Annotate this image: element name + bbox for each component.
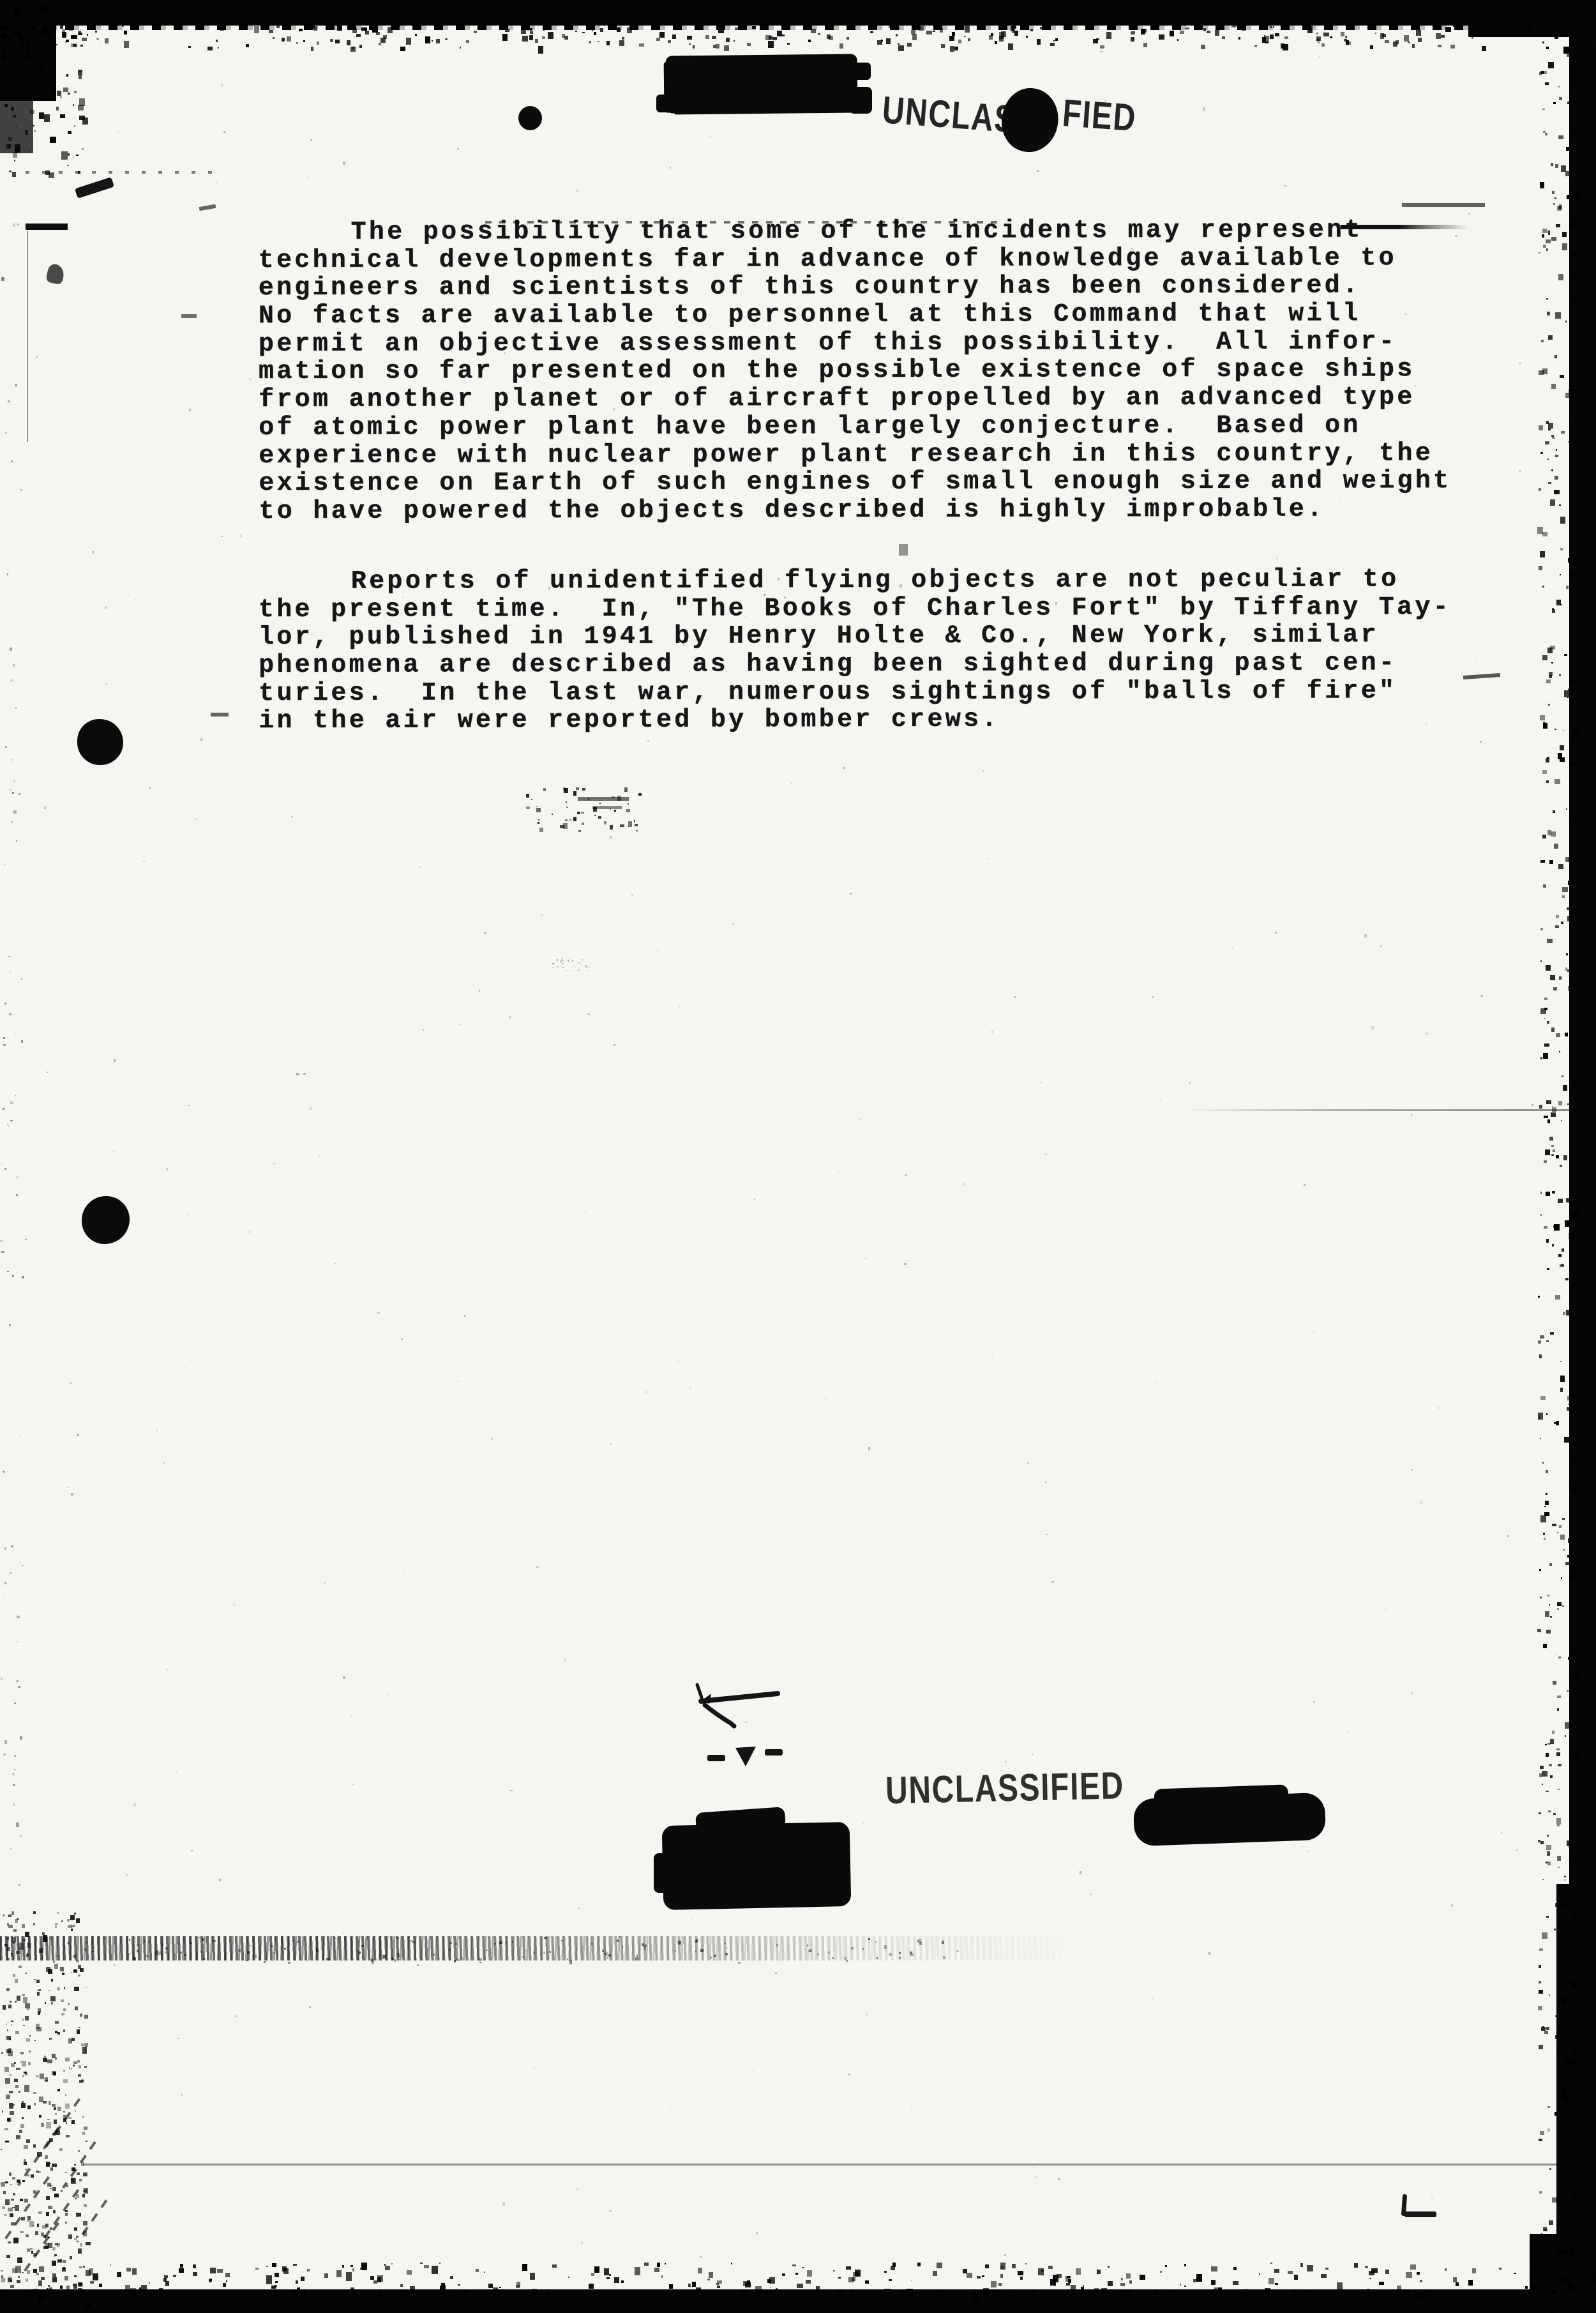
noise-speck — [1539, 1569, 1542, 1571]
noise-speck — [527, 28, 529, 31]
noise-speck — [724, 1943, 726, 1944]
noise-speck — [1572, 2051, 1577, 2058]
noise-speck — [1539, 1773, 1542, 1777]
noise-speck — [977, 2276, 981, 2279]
noise-speck — [221, 84, 223, 86]
noise-speck — [1550, 2310, 1556, 2313]
noise-speck — [55, 2031, 58, 2033]
noise-speck — [1560, 1361, 1562, 1363]
noise-speck — [1556, 2263, 1558, 2264]
noise-speck — [1539, 72, 1542, 75]
noise-speck — [1558, 1254, 1562, 1257]
noise-speck — [843, 767, 845, 769]
noise-speck — [2, 2111, 3, 2112]
noise-speck — [1566, 953, 1568, 955]
noise-speck — [20, 1736, 22, 1740]
noise-speck — [1416, 30, 1421, 36]
noise-speck — [941, 44, 945, 49]
noise-speck — [893, 535, 894, 535]
noise-speck — [65, 2094, 66, 2096]
noise-speck — [1554, 1929, 1556, 1931]
noise-speck — [770, 2287, 771, 2288]
noise-speck — [190, 1942, 192, 1945]
noise-speck — [361, 2263, 367, 2270]
noise-speck — [55, 2113, 57, 2115]
noise-speck — [1566, 808, 1567, 810]
noise-speck — [1563, 47, 1569, 54]
noise-speck — [592, 29, 593, 31]
noise-speck — [40, 71, 42, 73]
noise-speck — [37, 1992, 40, 1996]
noise-speck — [7, 15, 9, 18]
noise-speck — [126, 1874, 128, 1876]
noise-speck — [693, 45, 695, 49]
noise-speck — [282, 2266, 286, 2271]
noise-speck — [12, 2268, 17, 2273]
noise-speck — [1472, 2268, 1476, 2273]
noise-speck — [614, 2277, 619, 2284]
noise-speck — [223, 132, 226, 133]
noise-speck — [1273, 26, 1274, 28]
noise-speck — [622, 37, 624, 40]
noise-speck — [1154, 1382, 1156, 1383]
noise-speck — [738, 1962, 741, 1964]
noise-speck — [1556, 1155, 1559, 1159]
noise-speck — [67, 1487, 68, 1489]
noise-speck — [1012, 29, 1015, 34]
noise-speck — [1543, 1644, 1547, 1648]
noise-speck — [1259, 2273, 1261, 2275]
noise-speck — [20, 800, 20, 800]
noise-speck — [1081, 2287, 1085, 2291]
noise-speck — [57, 2243, 60, 2247]
noise-speck — [1567, 102, 1570, 105]
noise-speck — [420, 2263, 423, 2264]
noise-speck — [8, 36, 11, 39]
noise-speck — [1519, 470, 1521, 473]
noise-speck — [1548, 482, 1551, 484]
noise-speck — [557, 959, 558, 961]
noise-speck — [538, 819, 539, 821]
noise-speck — [46, 1940, 47, 1942]
noise-speck — [1540, 2131, 1544, 2135]
noise-speck — [1573, 1862, 1576, 1865]
noise-speck — [54, 2120, 57, 2124]
noise-speck — [10, 1568, 11, 1568]
noise-speck — [983, 2288, 989, 2294]
noise-speck — [792, 2264, 796, 2267]
noise-speck — [1169, 2291, 1172, 2294]
noise-speck — [1165, 2265, 1167, 2267]
noise-speck — [26, 33, 27, 34]
noise-speck — [1546, 1239, 1549, 1242]
noise-speck — [22, 1947, 24, 1948]
noise-speck — [1552, 1524, 1556, 1527]
noise-speck — [52, 2277, 57, 2282]
noise-speck — [22, 1162, 23, 1164]
noise-speck — [607, 1957, 609, 1959]
noise-speck — [39, 78, 41, 80]
noise-speck — [79, 2065, 81, 2068]
noise-speck — [1552, 2197, 1557, 2203]
noise-speck — [343, 162, 345, 165]
noise-speck — [1571, 641, 1572, 642]
noise-speck — [46, 95, 48, 96]
noise-speck — [180, 2264, 183, 2268]
noise-speck — [6, 27, 8, 30]
noise-speck — [1551, 1145, 1553, 1148]
noise-speck — [83, 2190, 87, 2192]
noise-speck — [713, 45, 716, 48]
noise-speck — [859, 1118, 862, 1120]
noise-speck — [419, 866, 421, 868]
noise-speck — [13, 152, 17, 158]
noise-speck — [536, 808, 541, 813]
noise-speck — [1553, 1813, 1556, 1816]
noise-speck — [51, 1979, 53, 1982]
noise-speck — [696, 2287, 701, 2291]
noise-speck — [77, 2216, 79, 2218]
noise-speck — [53, 5, 55, 6]
noise-speck — [1313, 1331, 1315, 1333]
noise-speck — [46, 2196, 50, 2200]
noise-speck — [309, 2006, 311, 2007]
noise-speck — [60, 114, 64, 118]
noise-speck — [1557, 1824, 1560, 1826]
noise-speck — [49, 2138, 53, 2142]
noise-speck — [986, 858, 988, 859]
noise-speck — [1567, 1555, 1570, 1558]
noise-speck — [335, 40, 340, 43]
noise-speck — [291, 816, 293, 818]
noise-speck — [898, 43, 900, 45]
noise-speck — [460, 1024, 461, 1026]
noise-speck — [1404, 2289, 1409, 2294]
noise-speck — [398, 1956, 400, 1957]
noise-speck — [57, 2107, 61, 2112]
noise-speck — [365, 31, 369, 34]
noise-speck — [350, 2287, 354, 2293]
noise-speck — [600, 28, 603, 32]
noise-speck — [82, 148, 84, 150]
noise-speck — [1097, 2270, 1101, 2274]
noise-speck — [919, 26, 924, 31]
noise-speck — [8, 956, 11, 957]
noise-speck — [1554, 844, 1558, 849]
noise-speck — [42, 26, 48, 33]
noise-speck — [1567, 1407, 1570, 1411]
noise-speck — [92, 1951, 94, 1952]
noise-speck — [1316, 33, 1319, 34]
noise-speck — [83, 2266, 85, 2268]
noise-speck — [1555, 455, 1558, 457]
noise-speck — [15, 1979, 19, 1983]
noise-speck — [1566, 1198, 1570, 1202]
noise-speck — [1574, 2092, 1578, 2098]
noise-speck — [19, 2302, 22, 2305]
noise-speck — [1548, 704, 1550, 706]
noise-speck — [1559, 976, 1562, 980]
noise-speck — [1519, 363, 1521, 365]
noise-speck — [84, 2015, 89, 2019]
noise-speck — [40, 2074, 44, 2079]
noise-speck — [33, 2092, 36, 2094]
noise-speck — [1555, 197, 1556, 199]
noise-speck — [912, 34, 917, 40]
noise-speck — [28, 2062, 31, 2065]
noise-speck — [1553, 203, 1555, 205]
noise-speck — [1556, 915, 1559, 918]
noise-speck — [1546, 965, 1551, 971]
noise-speck — [3, 1754, 6, 1756]
noise-speck — [293, 2264, 297, 2266]
noise-speck — [450, 1942, 452, 1944]
noise-speck — [1450, 45, 1454, 49]
noise-speck — [11, 1937, 16, 1943]
noise-speck — [20, 1288, 22, 1289]
noise-speck — [448, 2289, 453, 2293]
noise-speck — [1313, 1701, 1314, 1703]
noise-speck — [25, 130, 28, 135]
noise-speck — [1288, 2271, 1293, 2274]
noise-speck — [15, 708, 17, 708]
noise-speck — [1574, 1752, 1579, 1758]
noise-speck — [1552, 1107, 1556, 1112]
noise-speck — [27, 1943, 31, 1948]
noise-speck — [531, 1404, 531, 1406]
noise-speck — [66, 74, 68, 76]
noise-speck — [33, 1923, 35, 1925]
noise-speck — [1012, 2290, 1014, 2292]
noise-speck — [1551, 1028, 1555, 1033]
noise-speck — [602, 1950, 605, 1952]
noise-speck — [657, 950, 658, 951]
noise-speck — [92, 1947, 94, 1948]
noise-speck — [1574, 2151, 1576, 2153]
noise-speck — [695, 1951, 696, 1952]
noise-speck — [816, 2286, 820, 2290]
noise-speck — [133, 1803, 135, 1806]
noise-speck — [1551, 384, 1556, 390]
noise-speck — [889, 26, 892, 28]
noise-speck — [850, 2291, 855, 2296]
noise-speck — [65, 2172, 67, 2173]
noise-speck — [255, 1955, 257, 1958]
noise-speck — [2, 49, 5, 53]
noise-speck — [0, 1240, 3, 1242]
noise-speck — [76, 1960, 79, 1962]
noise-speck — [506, 1942, 507, 1943]
noise-speck — [1535, 398, 1536, 398]
noise-speck — [910, 1952, 912, 1954]
noise-speck — [509, 1016, 511, 1019]
noise-speck — [521, 29, 527, 34]
noise-speck — [1548, 428, 1551, 430]
noise-speck — [4, 1003, 6, 1005]
noise-speck — [1045, 1482, 1046, 1483]
noise-speck — [48, 2243, 52, 2248]
noise-speck — [741, 2017, 742, 2018]
noise-speck — [195, 818, 197, 820]
noise-speck — [896, 34, 898, 36]
noise-speck — [610, 1443, 612, 1445]
noise-speck — [582, 788, 585, 791]
noise-speck — [1506, 556, 1507, 557]
noise-speck — [1570, 471, 1572, 473]
noise-speck — [1561, 431, 1565, 434]
noise-speck — [254, 26, 259, 33]
noise-speck — [741, 2293, 746, 2298]
noise-speck — [1543, 1533, 1546, 1535]
noise-speck — [1560, 1903, 1566, 1907]
noise-speck — [1548, 233, 1550, 235]
noise-speck — [1138, 462, 1139, 463]
noise-speck — [143, 861, 145, 863]
noise-speck — [4, 2214, 7, 2217]
noise-speck — [619, 40, 624, 46]
noise-speck — [87, 34, 89, 35]
noise-speck — [1, 2149, 2, 2150]
noise-speck — [41, 2277, 45, 2280]
noise-speck — [644, 1945, 647, 1948]
noise-speck — [8, 2277, 12, 2282]
noise-speck — [1538, 1296, 1540, 1298]
noise-speck — [1, 2278, 5, 2282]
noise-speck — [832, 1957, 834, 1959]
noise-speck — [166, 1168, 168, 1171]
noise-speck — [1555, 36, 1558, 39]
noise-speck — [22, 2272, 24, 2273]
noise-speck — [965, 26, 970, 33]
noise-speck — [1555, 355, 1557, 358]
noise-speck — [619, 1936, 621, 1938]
noise-speck — [31, 2251, 33, 2253]
noise-speck — [1561, 1577, 1562, 1579]
noise-speck — [964, 36, 967, 38]
noise-speck — [121, 2160, 122, 2160]
noise-speck — [15, 10, 21, 15]
noise-speck — [940, 28, 943, 33]
noise-speck — [1540, 1515, 1546, 1522]
noise-speck — [499, 1941, 502, 1944]
noise-speck — [760, 63, 762, 64]
noise-speck — [1542, 71, 1547, 75]
noise-speck — [55, 1923, 57, 1925]
noise-speck — [1066, 2283, 1070, 2286]
noise-speck — [576, 189, 578, 192]
noise-speck — [456, 1959, 459, 1961]
noise-speck — [7, 1923, 10, 1926]
noise-speck — [1562, 2158, 1563, 2160]
noise-speck — [691, 1918, 693, 1920]
noise-speck — [93, 551, 94, 553]
noise-speck — [352, 28, 357, 33]
noise-speck — [53, 2072, 56, 2075]
noise-speck — [46, 56, 49, 59]
noise-speck — [45, 2224, 49, 2227]
noise-speck — [647, 740, 649, 742]
noise-speck — [636, 830, 638, 831]
noise-speck — [391, 1957, 393, 1960]
noise-speck — [1539, 425, 1544, 430]
noise-speck — [1546, 1470, 1549, 1473]
noise-speck — [33, 2144, 36, 2148]
noise-speck — [22, 1924, 25, 1929]
noise-speck — [1048, 2266, 1053, 2269]
noise-speck — [1569, 1055, 1572, 1057]
noise-speck — [541, 397, 541, 398]
noise-speck — [66, 2122, 67, 2124]
noise-speck — [591, 1943, 593, 1945]
noise-speck — [1569, 821, 1572, 823]
noise-speck — [1572, 2197, 1575, 2200]
noise-speck — [1054, 2286, 1055, 2287]
noise-speck — [83, 2221, 87, 2226]
noise-speck — [139, 2287, 141, 2289]
noise-speck — [79, 75, 82, 79]
noise-speck — [877, 621, 879, 623]
noise-speck — [13, 1929, 17, 1932]
noise-speck — [17, 1918, 19, 1920]
noise-speck — [460, 47, 461, 49]
noise-speck — [1546, 679, 1551, 683]
noise-speck — [1546, 421, 1549, 424]
noise-speck — [49, 1937, 52, 1939]
noise-speck — [1563, 1085, 1567, 1091]
noise-speck — [656, 38, 660, 41]
noise-speck — [1558, 1657, 1561, 1658]
noise-speck — [1468, 2280, 1473, 2286]
noise-speck — [1411, 1114, 1413, 1116]
noise-speck — [249, 1945, 252, 1947]
noise-speck — [1554, 490, 1559, 494]
noise-speck — [1549, 2168, 1552, 2170]
noise-speck — [1551, 1154, 1555, 1156]
noise-speck — [68, 153, 70, 156]
noise-speck — [591, 2273, 594, 2276]
noise-speck — [37, 2152, 42, 2157]
noise-speck — [1562, 1075, 1563, 1077]
noise-speck — [22, 2117, 24, 2119]
noise-speck — [1557, 1856, 1561, 1862]
noise-speck — [80, 2013, 82, 2017]
noise-speck — [226, 2280, 227, 2282]
noise-speck — [530, 31, 533, 34]
noise-speck — [619, 610, 619, 610]
noise-speck — [865, 1258, 868, 1259]
noise-speck — [991, 33, 993, 36]
noise-speck — [62, 32, 66, 38]
noise-speck — [14, 160, 16, 161]
noise-speck — [1572, 1949, 1576, 1953]
noise-speck — [900, 584, 902, 588]
noise-speck — [379, 2291, 384, 2295]
noise-speck — [39, 1948, 43, 1953]
noise-speck — [807, 2270, 812, 2277]
noise-speck — [1593, 2279, 1596, 2282]
noise-speck — [510, 1790, 513, 1791]
noise-speck — [78, 1975, 80, 1976]
noise-speck — [1560, 1165, 1562, 1167]
noise-speck — [717, 2286, 720, 2288]
noise-speck — [1538, 1413, 1543, 1419]
noise-speck — [534, 1952, 535, 1953]
noise-speck — [866, 2013, 868, 2015]
noise-speck — [44, 807, 46, 809]
noise-speck — [4, 1597, 4, 1598]
noise-speck — [1572, 1487, 1576, 1492]
noise-speck — [1538, 1340, 1541, 1344]
